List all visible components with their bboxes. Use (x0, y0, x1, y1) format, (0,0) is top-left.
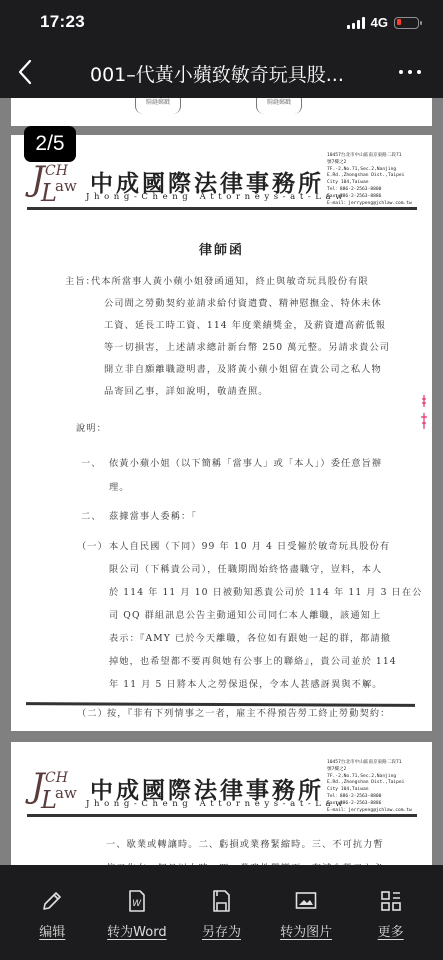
pencil-icon (40, 889, 64, 913)
save-icon (209, 889, 233, 913)
firm-name-en: Jhong-Cheng Attorneys-at-Law (86, 799, 347, 809)
convert-to-image-label: 转为图片 (280, 921, 332, 940)
document-viewer[interactable]: 騎縫郵戳 騎縫郵戳 J CH L aw 中成國際法律事務所 Jhong-Chen… (0, 98, 443, 865)
battery-level (397, 19, 401, 25)
header-rule (27, 207, 417, 210)
sub-item-number: （二） (77, 705, 108, 719)
seal-stamp: 騎縫郵戳 (135, 98, 181, 114)
subject-line: 工資、延長工時工資、114 年度業績獎金，及薪資遭高薪低報 (104, 317, 386, 331)
sub-item-line: 掉她，也希望都不要再與她有公事上的聯絡』，貴公司並於 114 (109, 653, 397, 667)
network-type: 4G (371, 15, 388, 30)
bottom-toolbar: 编辑 W 转为Word 另存为 转为图片 更多 (0, 865, 443, 960)
item-line: 理。 (109, 479, 130, 493)
sub-item-line: 於 114 年 11 月 10 日被動知悉貴公司於 114 年 11 月 3 日… (109, 584, 422, 598)
word-file-icon: W (125, 889, 149, 913)
item-line: 茲據當事人委稱：「 (109, 508, 197, 522)
status-indicators: 4G (347, 15, 419, 30)
sub-item-line: 限公司（下稱貴公司），任職期間始終恪盡職守，豈料，本人 (109, 561, 382, 575)
explanation-label: 說明： (76, 420, 107, 434)
convert-to-word-label: 转为Word (107, 921, 166, 940)
more-button[interactable]: 更多 (351, 865, 431, 960)
more-label: 更多 (378, 921, 404, 940)
image-icon (294, 889, 318, 913)
ellipsis-dot (408, 70, 412, 74)
sub-item-line: 表示：『AMY 已於今天離職，各位如有跟她一起的群，都請撤 (109, 630, 391, 644)
page-1-bottom: 騎縫郵戳 騎縫郵戳 (11, 98, 432, 126)
item-number: 二、 (81, 508, 102, 522)
item-number: 一、 (81, 455, 102, 469)
seal-stamp: 騎縫郵戳 (256, 98, 302, 114)
subject-line: 公司間之勞動契約並請求給付資遣費、精神慰撫金、特休未休 (104, 295, 382, 309)
grid-list-icon (379, 889, 403, 913)
save-as-button[interactable]: 另存为 (181, 865, 261, 960)
battery-icon (394, 17, 419, 29)
save-as-label: 另存为 (202, 921, 241, 940)
sub-item-line: 按，『非有下列情事之一者，雇主不得預告勞工終止勞動契約： (107, 705, 390, 719)
sub-item-number: （一） (77, 538, 108, 552)
subject-line: 等一切損害，上述請求總計新台幣 250 萬元整。另請求貴公司 (104, 339, 390, 353)
firm-address: 10457台北市中山區南京東路二段71 號7樓之2 7F.-2,No.71,Se… (327, 153, 412, 207)
edit-button[interactable]: 编辑 (12, 865, 92, 960)
firm-logo: J CH L aw (31, 768, 91, 810)
firm-name-en: Jhong-Cheng Attorneys-at-Law (86, 192, 347, 202)
ellipsis-icon (399, 70, 403, 74)
letter-title: 律師函 (11, 239, 432, 258)
status-bar: 17:23 4G (0, 0, 443, 48)
logo-aw: aw (55, 177, 77, 195)
convert-to-image-button[interactable]: 转为图片 (266, 865, 346, 960)
page-indicator: 2/5 (24, 126, 76, 162)
sub-item-line: 司 QQ 群組訊息公告主動通知公司同仁本人離職，該通知上 (109, 607, 381, 621)
signal-icon (347, 17, 365, 29)
more-options-button[interactable] (399, 70, 421, 74)
body-line: 一、歇業或轉讓時。二、虧損或業務緊縮時。三、不可抗力暫 (106, 836, 384, 850)
status-time: 17:23 (40, 12, 85, 32)
subject-line: 開立非自願離職證明書，及將黃小蘋小姐留在貴公司之私人物 (104, 361, 382, 375)
letterhead: J CH L aw 中成國際法律事務所 Jhong-Cheng Attorney… (11, 742, 432, 812)
page-3-top: J CH L aw 中成國際法律事務所 Jhong-Cheng Attorney… (11, 742, 432, 865)
handwritten-annotation (419, 393, 429, 435)
ellipsis-dot (417, 70, 421, 74)
convert-to-word-button[interactable]: W 转为Word (97, 865, 177, 960)
document-title: 001–代黃小蘋致敏奇玩具股... (90, 60, 360, 87)
sub-item-line: 年 11 月 5 日將本人之勞保退保，令本人甚感訝異與不解。 (109, 676, 383, 690)
logo-aw: aw (55, 784, 77, 802)
item-line: 依黃小蘋小姐（以下簡稱「當事人」或「本人」）委任意旨辦 (109, 455, 382, 469)
subject-line: 品寄回乙事，詳如說明，敬請查照。 (104, 383, 269, 397)
page-2: J CH L aw 中成國際法律事務所 Jhong-Cheng Attorney… (11, 135, 432, 731)
svg-text:W: W (132, 899, 142, 909)
sub-item-line: 本人自民國（下同）99 年 10 月 4 日受僱於敏奇玩具股份有 (109, 538, 390, 552)
firm-logo: J CH L aw (31, 161, 91, 203)
subject-line: 代本所當事人黃小蘋小姐發函通知，終止與敏奇玩具股份有限 (91, 273, 369, 287)
back-button[interactable] (14, 58, 38, 86)
edit-label: 编辑 (39, 921, 65, 940)
nav-bar: 001–代黃小蘋致敏奇玩具股... (0, 48, 443, 98)
firm-address: 10457台北市中山區南京東路二段71 號7樓之2 7F.-2,No.71,Se… (327, 760, 412, 814)
chevron-left-icon (14, 58, 38, 86)
header-rule (27, 814, 417, 817)
